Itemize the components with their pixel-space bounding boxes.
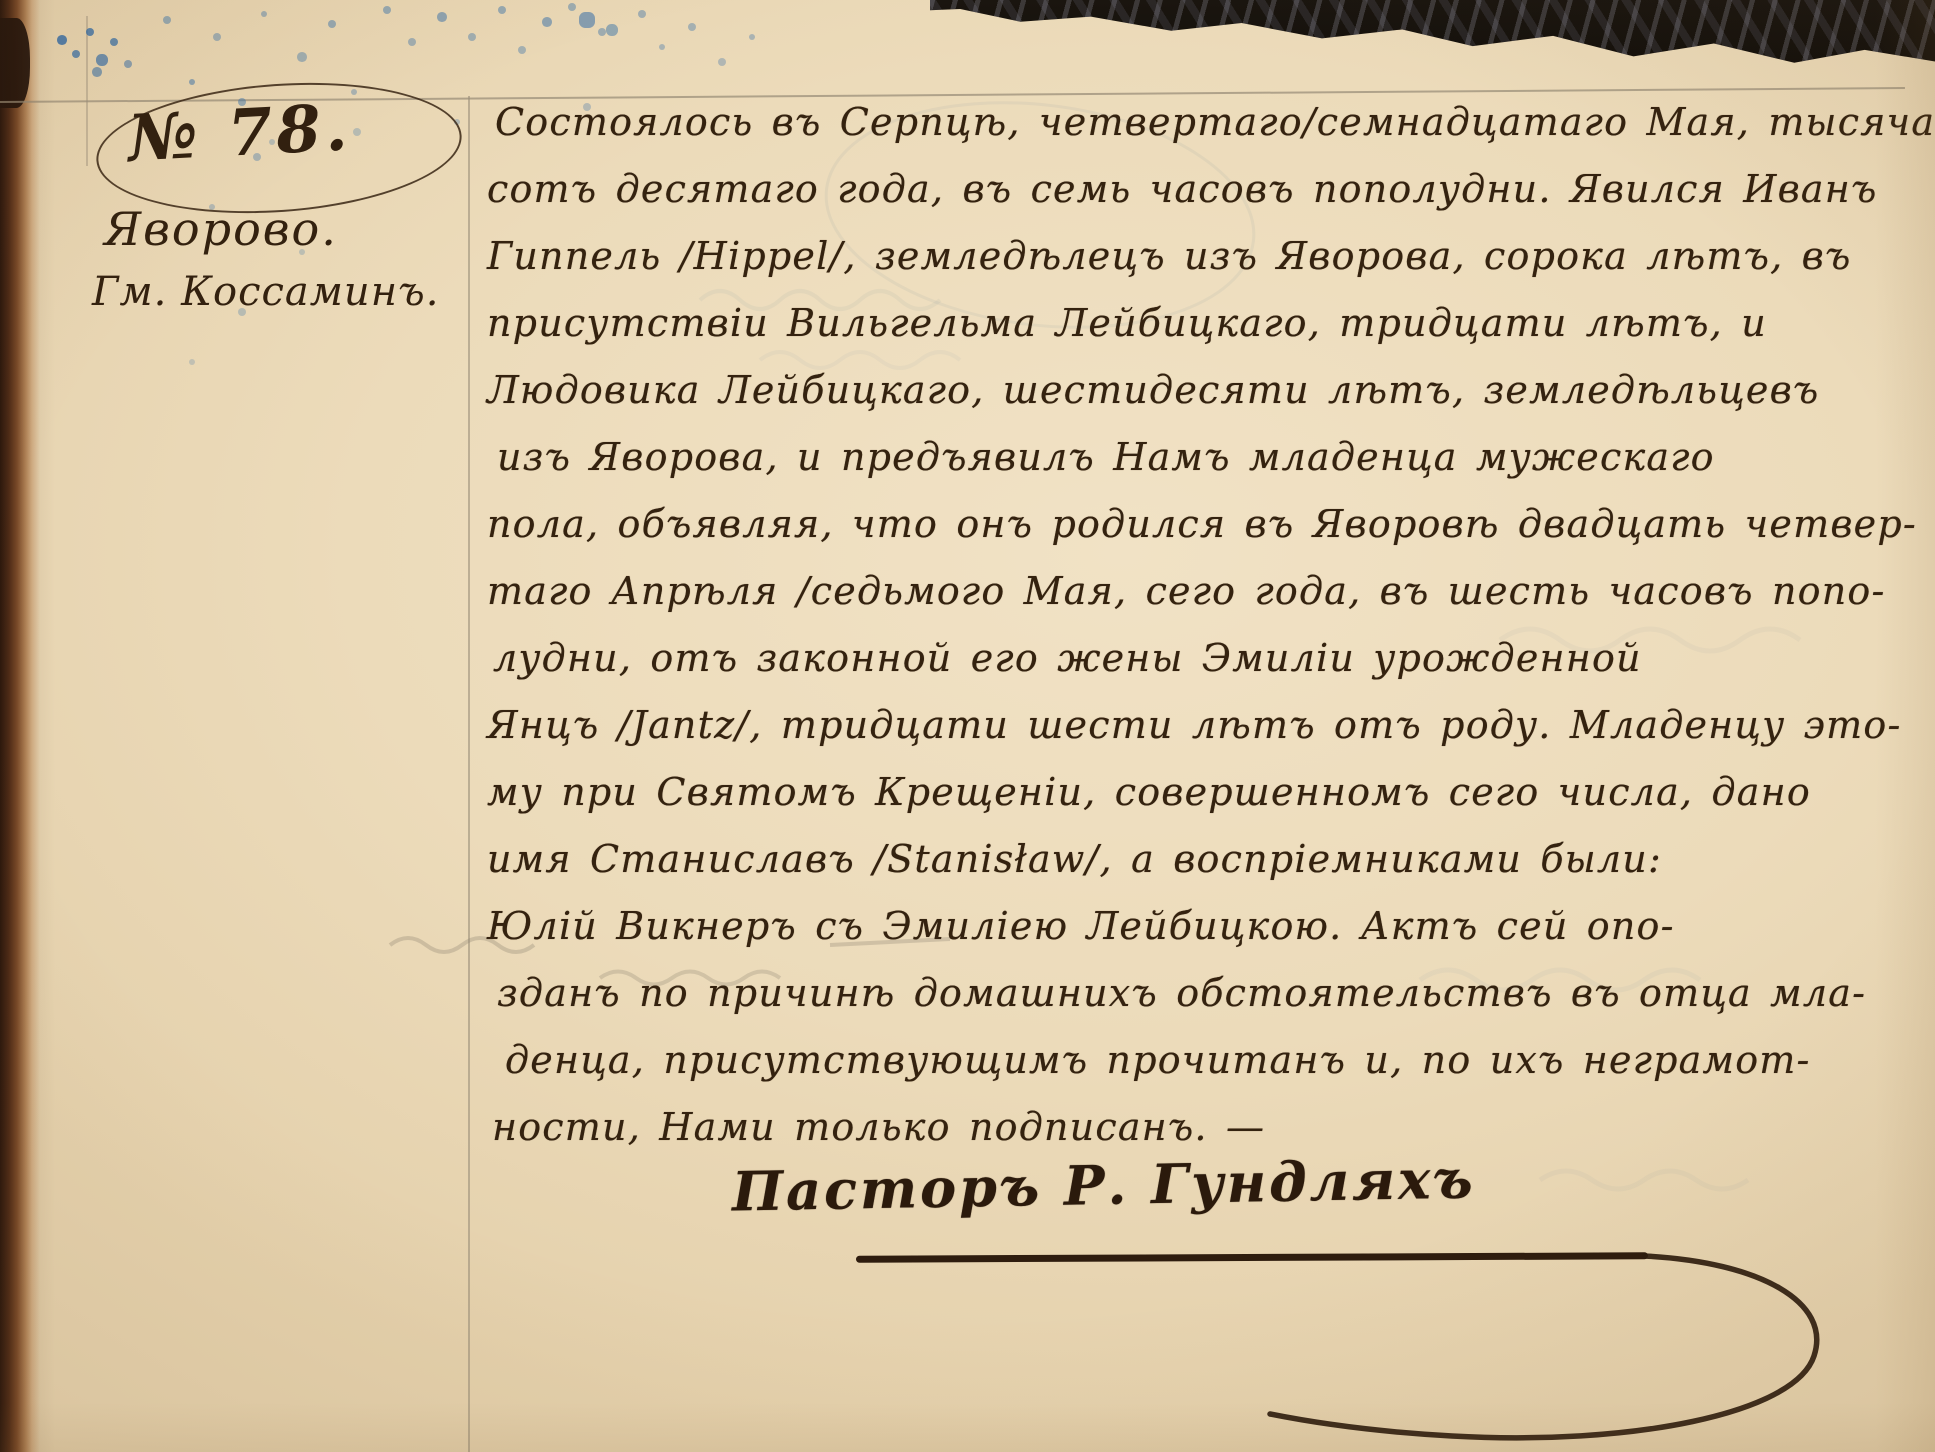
margin-locality: Яворово.	[104, 206, 338, 252]
pastor-signature: Пасторъ Р. Гундляхъ	[732, 1152, 1476, 1219]
signature-underline	[856, 1252, 1648, 1262]
record-line: Людовика Лейбицкаго, шестидесяти лѣтъ, з…	[487, 371, 1819, 409]
record-line: таго Апрѣля /седьмого Мая, сего года, въ…	[487, 572, 1886, 610]
marbled-cover-strip	[930, 0, 1935, 64]
record-line: сотъ десятаго года, въ семь часовъ попол…	[487, 170, 1878, 208]
book-binding-edge	[0, 0, 40, 1452]
record-line: Гиппель /Hippel/, земледѣлецъ изъ Яворов…	[487, 237, 1852, 275]
record-line: имя Станиславъ /Stanisław/, а воспріемни…	[487, 840, 1662, 878]
record-line: присутствіи Вильгельма Лейбицкаго, тридц…	[487, 304, 1767, 342]
record-line: зданъ по причинѣ домашнихъ обстоятельств…	[497, 974, 1866, 1012]
record-line: изъ Яворова, и предъявилъ Намъ младенца …	[497, 438, 1715, 476]
record-line: пола, объявляя, что онъ родился въ Яворо…	[487, 505, 1917, 543]
ruled-line-margin	[86, 16, 88, 166]
record-line: лудни, отъ законной его жены Эмиліи урож…	[493, 639, 1642, 677]
record-line: Состоялось въ Серпцѣ, четвертаго/семнадц…	[495, 103, 1935, 141]
register-page-scan: № 78. Яворово. Гм. Коссаминъ. Состоялось…	[0, 0, 1935, 1452]
ruled-line-vertical	[468, 96, 470, 1452]
record-line: денца, присутствующимъ прочитанъ и, по и…	[505, 1041, 1811, 1079]
record-line: ности, Нами только подписанъ. —	[492, 1108, 1265, 1146]
blue-stamp-speckles	[0, 0, 4, 4]
record-line: Юлій Викнеръ съ Эмиліею Лейбицкою. Актъ …	[487, 907, 1675, 945]
record-line: Янцъ /Jantz/, тридцати шести лѣтъ отъ ро…	[487, 706, 1901, 744]
margin-commune: Гм. Коссаминъ.	[92, 272, 439, 312]
entry-number: № 78.	[126, 96, 352, 172]
record-line: му при Святомъ Крещеніи, совершенномъ се…	[487, 773, 1811, 811]
binding-shadow	[0, 18, 30, 108]
